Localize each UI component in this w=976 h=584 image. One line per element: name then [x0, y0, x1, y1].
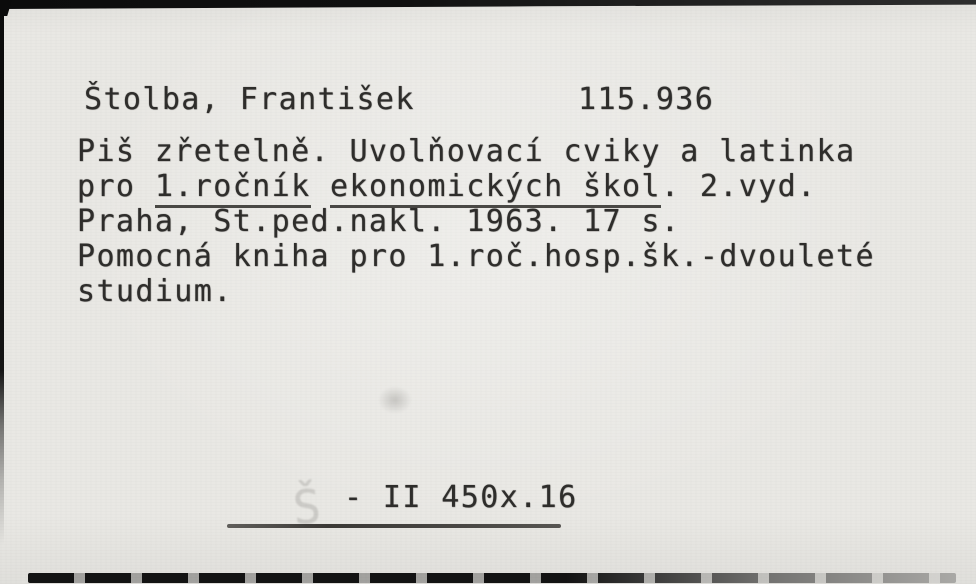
note-line: Pomocná kniha pro 1.roč.hosp.šk.-dvoulet…: [77, 239, 875, 274]
scan-edge-top: [0, 0, 976, 9]
scan-edge-left: [0, 0, 4, 545]
underlined-grade: 1.ročník: [155, 169, 311, 208]
title-line: Piš zřetelně. Uvolňovací cviky a latinka: [77, 134, 855, 169]
imprint-line: Praha, St.ped.nakl. 1963. 17 s.: [77, 204, 680, 239]
scan-edge-bottom: [28, 573, 956, 583]
author-heading: Štolba, František: [84, 82, 415, 117]
ink-smudge: [378, 386, 412, 414]
catalog-card-scan: Štolba, František 115.936 Piš zřetelně. …: [0, 0, 976, 584]
note-line-continued: studium.: [77, 274, 233, 309]
underlined-school-type: ekonomických škol: [330, 169, 661, 208]
call-number: 115.936: [578, 82, 714, 117]
shelf-mark-underline: [227, 524, 561, 528]
word-gap: [311, 169, 330, 204]
edition-line-prefix: pro: [77, 169, 155, 204]
edition-line: pro 1.ročník ekonomických škol. 2.vyd.: [77, 169, 817, 204]
shelf-mark: - II 450x.16: [344, 480, 578, 515]
edition-line-suffix: . 2.vyd.: [661, 169, 817, 204]
